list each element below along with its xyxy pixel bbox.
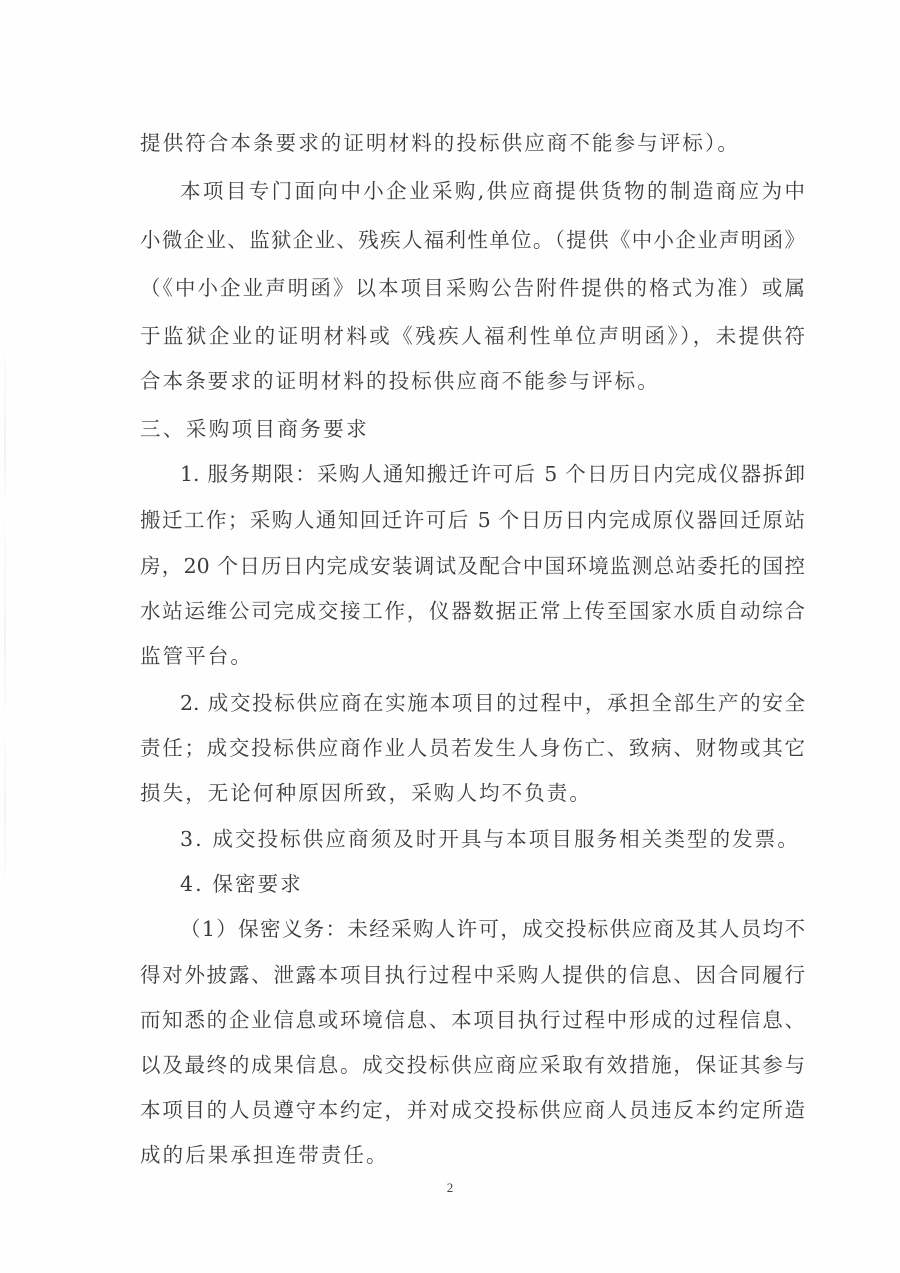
scan-edge-artifact bbox=[4, 340, 6, 890]
paragraph-line: 房，20 个日历日内完成安装调试及配合中国环境监测总站委托的国控 bbox=[140, 551, 805, 581]
paragraph-line: 2. 成交投标供应商在实施本项目的过程中，承担全部生产的安全 bbox=[180, 688, 805, 718]
paragraph-line: 而知悉的企业信息或环境信息、本项目执行过程中形成的过程信息、 bbox=[140, 1005, 805, 1035]
paragraph-line: 以及最终的成果信息。成交投标供应商应采取有效措施，保证其参与 bbox=[140, 1050, 805, 1080]
paragraph-line: 小微企业、监狱企业、残疾人福利性单位。（提供《中小企业声明函》 bbox=[140, 225, 805, 255]
paragraph-line: 损失，无论何种原因所致，采购人均不负责。 bbox=[140, 778, 805, 808]
paragraph-line: 得对外披露、泄露本项目执行过程中采购人提供的信息、因合同履行 bbox=[140, 960, 805, 990]
paragraph-line: 责任；成交投标供应商作业人员若发生人身伤亡、致病、财物或其它 bbox=[140, 733, 805, 763]
paragraph-line: 1. 服务期限：采购人通知搬迁许可后 5 个日历日内完成仪器拆卸 bbox=[180, 459, 805, 489]
paragraph-line: 于监狱企业的证明材料或《残疾人福利性单位声明函》），未提供符 bbox=[140, 321, 805, 351]
paragraph-line: 本项目的人员遵守本约定，并对成交投标供应商人员违反本约定所造 bbox=[140, 1095, 805, 1125]
paragraph-line: 本项目专门面向中小企业采购,供应商提供货物的制造商应为中 bbox=[180, 176, 805, 206]
page-number: 2 bbox=[0, 1180, 900, 1196]
paragraph-line: 提供符合本条要求的证明材料的投标供应商不能参与评标）。 bbox=[140, 128, 805, 158]
document-page: 提供符合本条要求的证明材料的投标供应商不能参与评标）。 本项目专门面向中小企业采… bbox=[0, 0, 900, 1273]
paragraph-line: 成的后果承担连带责任。 bbox=[140, 1140, 805, 1170]
paragraph-line: 水站运维公司完成交接工作，仪器数据正常上传至国家水质自动综合 bbox=[140, 596, 805, 626]
paragraph-line: 合本条要求的证明材料的投标供应商不能参与评标。 bbox=[140, 366, 805, 396]
subsection-heading: 4. 保密要求 bbox=[180, 869, 805, 899]
paragraph-line: （《中小企业声明函》以本项目采购公告附件提供的格式为准）或属 bbox=[140, 273, 805, 303]
section-heading: 三、采购项目商务要求 bbox=[140, 414, 805, 444]
paragraph-line: 监管平台。 bbox=[140, 641, 805, 671]
paragraph-line: 3. 成交投标供应商须及时开具与本项目服务相关类型的发票。 bbox=[180, 824, 805, 854]
paragraph-line: 搬迁工作；采购人通知回迁许可后 5 个日历日内完成原仪器回迁原站 bbox=[140, 505, 805, 535]
paragraph-line: （1）保密义务：未经采购人许可，成交投标供应商及其人员均不 bbox=[180, 914, 805, 944]
